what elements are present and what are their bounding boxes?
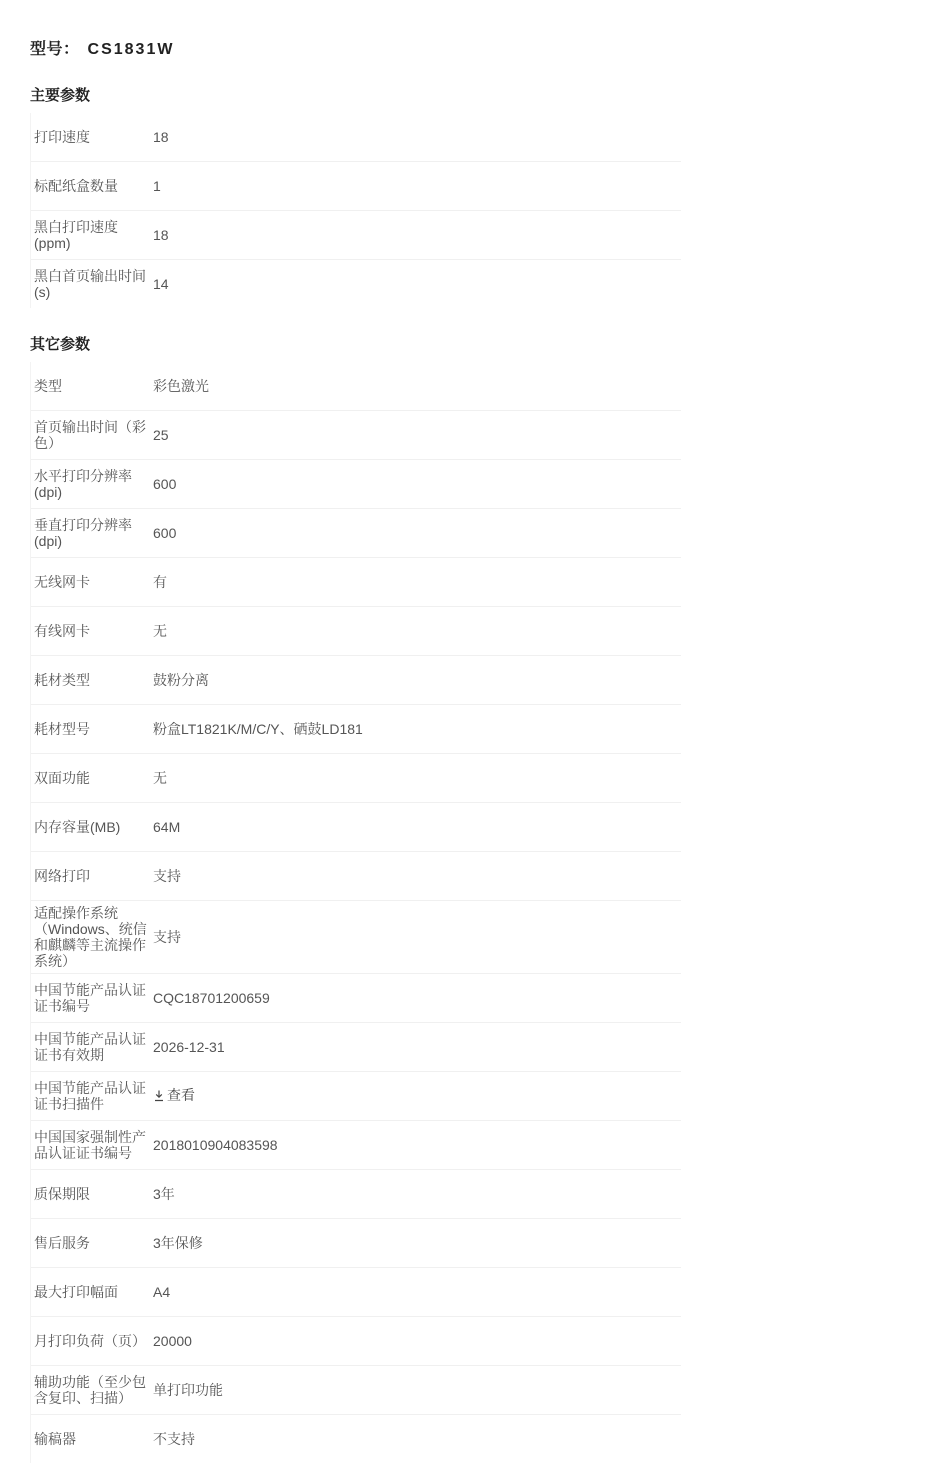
spec-section-main: 主要参数 打印速度 18 标配纸盒数量 1 黑白打印速度(ppm) 18 黑白首… <box>30 87 680 308</box>
spec-label: 辅助功能（至少包含复印、扫描） <box>31 1374 153 1406</box>
spec-row: 辅助功能（至少包含复印、扫描） 单打印功能 <box>31 1366 681 1415</box>
spec-label: 黑白打印速度(ppm) <box>31 219 153 251</box>
spec-row: 输稿器 不支持 <box>31 1415 681 1463</box>
spec-value: 支持 <box>153 929 681 945</box>
spec-row: 双面功能 无 <box>31 754 681 803</box>
spec-label: 中国节能产品认证证书有效期 <box>31 1031 153 1063</box>
spec-value: 单打印功能 <box>153 1382 681 1398</box>
spec-value: 25 <box>153 427 681 443</box>
spec-row: 耗材类型 鼓粉分离 <box>31 656 681 705</box>
spec-label: 类型 <box>31 378 153 394</box>
spec-row: 内存容量(MB) 64M <box>31 803 681 852</box>
spec-row: 最大打印幅面 A4 <box>31 1268 681 1317</box>
spec-row: 月打印负荷（页） 20000 <box>31 1317 681 1366</box>
spec-value: 1 <box>153 178 681 194</box>
spec-table: 类型 彩色激光 首页输出时间（彩色） 25 水平打印分辨率(dpi) 600 垂… <box>30 362 681 1463</box>
spec-label: 中国国家强制性产品认证证书编号 <box>31 1129 153 1161</box>
spec-row: 中国节能产品认证证书有效期 2026-12-31 <box>31 1023 681 1072</box>
spec-label: 最大打印幅面 <box>31 1284 153 1300</box>
spec-row: 网络打印 支持 <box>31 852 681 901</box>
spec-value: 18 <box>153 129 681 145</box>
spec-label: 质保期限 <box>31 1186 153 1202</box>
section-title: 主要参数 <box>30 87 680 105</box>
spec-sections: 主要参数 打印速度 18 标配纸盒数量 1 黑白打印速度(ppm) 18 黑白首… <box>30 87 680 1463</box>
spec-row: 有线网卡 无 <box>31 607 681 656</box>
model-label: 型号： <box>30 41 80 58</box>
spec-value: 不支持 <box>153 1431 681 1447</box>
spec-label: 垂直打印分辨率(dpi) <box>31 517 153 549</box>
spec-label: 售后服务 <box>31 1235 153 1251</box>
spec-value: 无 <box>153 770 681 786</box>
spec-section-other: 其它参数 类型 彩色激光 首页输出时间（彩色） 25 水平打印分辨率(dpi) … <box>30 336 680 1463</box>
spec-row: 耗材型号 粉盒LT1821K/M/C/Y、硒鼓LD181 <box>31 705 681 754</box>
spec-label: 双面功能 <box>31 770 153 786</box>
spec-value: 64M <box>153 819 681 835</box>
spec-value: 粉盒LT1821K/M/C/Y、硒鼓LD181 <box>153 721 681 737</box>
spec-row: 适配操作系统（Windows、统信和麒麟等主流操作系统） 支持 <box>31 901 681 974</box>
model-number: CS1831W <box>88 41 175 58</box>
spec-value: 2018010904083598 <box>153 1137 681 1153</box>
spec-label: 内存容量(MB) <box>31 819 153 835</box>
spec-table: 打印速度 18 标配纸盒数量 1 黑白打印速度(ppm) 18 黑白首页输出时间… <box>30 113 681 308</box>
spec-label: 打印速度 <box>31 129 153 145</box>
spec-row: 黑白首页输出时间(s) 14 <box>31 260 681 308</box>
spec-label: 网络打印 <box>31 868 153 884</box>
spec-value: 20000 <box>153 1333 681 1349</box>
section-title: 其它参数 <box>30 336 680 354</box>
spec-value: A4 <box>153 1284 681 1300</box>
spec-label: 中国节能产品认证证书编号 <box>31 982 153 1014</box>
spec-value: 2026-12-31 <box>153 1039 681 1055</box>
spec-row: 中国节能产品认证证书扫描件 查看 <box>31 1072 681 1121</box>
spec-row: 类型 彩色激光 <box>31 362 681 411</box>
spec-row: 黑白打印速度(ppm) 18 <box>31 211 681 260</box>
spec-value: 鼓粉分离 <box>153 672 681 688</box>
spec-row: 标配纸盒数量 1 <box>31 162 681 211</box>
spec-row: 质保期限 3年 <box>31 1170 681 1219</box>
spec-label: 月打印负荷（页） <box>31 1333 153 1349</box>
spec-value: 彩色激光 <box>153 378 681 394</box>
spec-value: 支持 <box>153 868 681 884</box>
spec-row: 中国国家强制性产品认证证书编号 2018010904083598 <box>31 1121 681 1170</box>
spec-value: CQC18701200659 <box>153 990 681 1006</box>
spec-row: 售后服务 3年保修 <box>31 1219 681 1268</box>
spec-label: 耗材型号 <box>31 721 153 737</box>
spec-label: 标配纸盒数量 <box>31 178 153 194</box>
spec-row: 首页输出时间（彩色） 25 <box>31 411 681 460</box>
product-spec-page: 型号：CS1831W 主要参数 打印速度 18 标配纸盒数量 1 黑白打印速度(… <box>0 0 680 1463</box>
spec-label: 有线网卡 <box>31 623 153 639</box>
spec-value: 无 <box>153 623 681 639</box>
page-title: 型号：CS1831W <box>30 40 680 59</box>
spec-row: 无线网卡 有 <box>31 558 681 607</box>
spec-row: 水平打印分辨率(dpi) 600 <box>31 460 681 509</box>
spec-row: 垂直打印分辨率(dpi) 600 <box>31 509 681 558</box>
spec-row: 中国节能产品认证证书编号 CQC18701200659 <box>31 974 681 1023</box>
spec-label: 首页输出时间（彩色） <box>31 419 153 451</box>
spec-value: 3年 <box>153 1186 681 1202</box>
spec-label: 适配操作系统（Windows、统信和麒麟等主流操作系统） <box>31 905 153 969</box>
spec-value: 600 <box>153 476 681 492</box>
spec-label: 黑白首页输出时间(s) <box>31 268 153 300</box>
download-icon <box>153 1089 165 1102</box>
spec-value: 3年保修 <box>153 1235 681 1251</box>
spec-value: 查看 <box>153 1087 681 1105</box>
certificate-view-link-text: 查看 <box>167 1087 195 1103</box>
spec-label: 无线网卡 <box>31 574 153 590</box>
spec-label: 水平打印分辨率(dpi) <box>31 468 153 500</box>
spec-value: 600 <box>153 525 681 541</box>
spec-value: 14 <box>153 276 681 292</box>
spec-value: 有 <box>153 574 681 590</box>
spec-label: 输稿器 <box>31 1431 153 1447</box>
spec-value: 18 <box>153 227 681 243</box>
spec-label: 中国节能产品认证证书扫描件 <box>31 1080 153 1112</box>
certificate-view-link[interactable]: 查看 <box>153 1087 195 1103</box>
spec-label: 耗材类型 <box>31 672 153 688</box>
spec-row: 打印速度 18 <box>31 113 681 162</box>
